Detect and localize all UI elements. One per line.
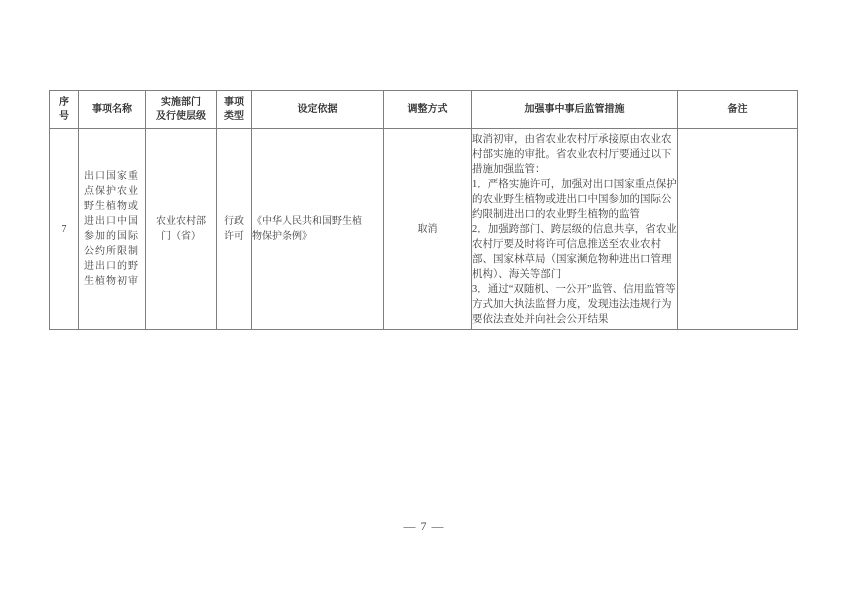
cell-item-name: 出口国家重点保护农业野生植物或进出口中国参加的国际公约所限制进出口的野生植物初审	[79, 129, 146, 330]
col-header-item-name: 事项名称	[79, 91, 146, 129]
cell-remark	[678, 129, 798, 330]
col-header-item-type: 事项 类型	[217, 91, 252, 129]
col-header-department: 实施部门 及行使层级	[146, 91, 217, 129]
col-header-legal-basis: 设定依据	[252, 91, 384, 129]
col-header-remark: 备注	[678, 91, 798, 129]
col-header-seq: 序 号	[50, 91, 79, 129]
header-row: 序 号 事项名称 实施部门 及行使层级 事项 类型 设定依据 调整方式 加强事中…	[50, 91, 798, 129]
cell-department: 农业农村部 门（省）	[146, 129, 217, 330]
supervision-measure-2: 2．加强跨部门、跨层级的信息共享，省农业农村厅要及时将许可信息推送至农业农村部、…	[472, 222, 677, 282]
supervision-measure-3: 3．通过“双随机、一公开”监管、信用监管等方式加大执法监督力度，发现违法违规行为…	[472, 282, 677, 327]
supervision-intro: 取消初审，由省农业农村厅承接原由农业农村部实施的审批。省农业农村厅要通过以下措施…	[472, 132, 677, 177]
approval-items-table: 序 号 事项名称 实施部门 及行使层级 事项 类型 设定依据 调整方式 加强事中…	[49, 90, 798, 330]
cell-item-type: 行政 许可	[217, 129, 252, 330]
page-number: — 7 —	[0, 519, 848, 534]
item-name-text: 出口国家重点保护农业野生植物或进出口中国参加的国际公约所限制进出口的野生植物初审	[84, 169, 140, 289]
col-header-adjustment: 调整方式	[384, 91, 472, 129]
table-row: 7 出口国家重点保护农业野生植物或进出口中国参加的国际公约所限制进出口的野生植物…	[50, 129, 798, 330]
col-header-supervision: 加强事中事后监管措施	[472, 91, 678, 129]
cell-legal-basis: 《中华人民共和国野生植 物保护条例》	[252, 129, 384, 330]
supervision-measure-1: 1．严格实施许可，加强对出口国家重点保护的农业野生植物或进出口中国参加的国际公约…	[472, 177, 677, 222]
cell-seq: 7	[50, 129, 79, 330]
cell-adjustment: 取消	[384, 129, 472, 330]
cell-supervision-measures: 取消初审，由省农业农村厅承接原由农业农村部实施的审批。省农业农村厅要通过以下措施…	[472, 129, 678, 330]
